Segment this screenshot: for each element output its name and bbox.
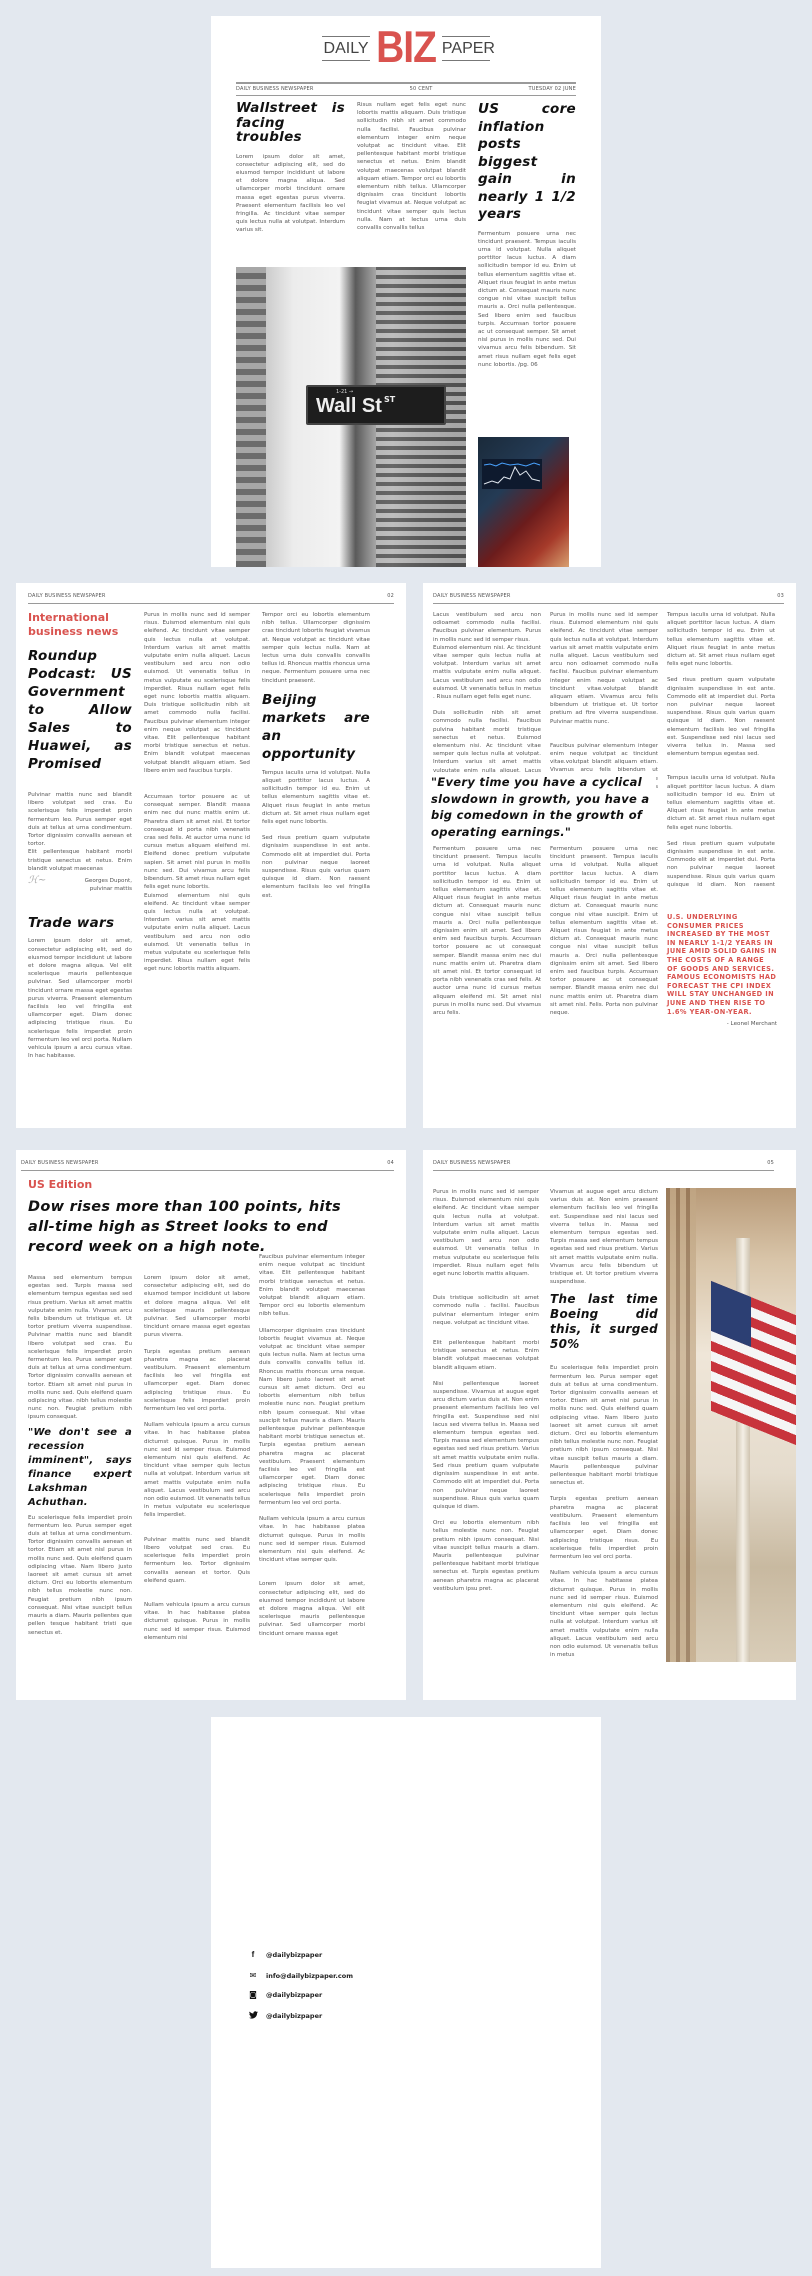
masthead-left: DAILY bbox=[322, 36, 370, 61]
masthead: DAILY BIZ PAPER bbox=[211, 26, 601, 70]
contact-twitter[interactable]: @dailybizpaper bbox=[248, 2011, 322, 2021]
facebook-icon: f bbox=[248, 1950, 258, 1959]
headline-huawei: Roundup Podcast: US Government to Allow … bbox=[28, 647, 132, 773]
wall-street-photo: 1-21 → Wall St ST bbox=[236, 267, 466, 567]
contact-email[interactable]: ✉ info@dailybizpaper.com bbox=[248, 1971, 353, 1980]
article-body: Lorem ipsum dolor sit amet, consectetur … bbox=[236, 153, 345, 235]
pull-quote-author: - Leonel Merchant bbox=[667, 1020, 777, 1029]
page-header: DAILY BUSINESS NEWSPAPER 05 bbox=[433, 1160, 774, 1166]
article-body: Fermentum posuere urna nec tincidunt pra… bbox=[478, 230, 576, 369]
page-header: DAILY BUSINESS NEWSPAPER 02 bbox=[28, 593, 394, 599]
masthead-right: PAPER bbox=[442, 36, 490, 61]
section-kicker: US Edition bbox=[28, 1178, 92, 1192]
stock-exchange-flag-photo bbox=[666, 1188, 796, 1662]
author-role: pulvinar mattis bbox=[90, 886, 132, 892]
stock-chart-icon bbox=[482, 459, 542, 489]
contact-facebook[interactable]: f @dailybizpaper bbox=[248, 1950, 322, 1959]
divider bbox=[21, 1170, 394, 1171]
header-date: TUESDAY 02 JUNE bbox=[529, 86, 576, 92]
boeing-headline: The last time Boeing did this, it surged… bbox=[550, 1292, 658, 1352]
us-flag bbox=[711, 1281, 796, 1445]
contact-instagram[interactable]: ◙ @dailybizpaper bbox=[248, 1990, 322, 1999]
column-2: Risus nullam eget felis eget nunc lobort… bbox=[357, 101, 466, 240]
headline-trade-wars: Trade wars bbox=[28, 915, 132, 931]
columns bbox=[666, 1188, 696, 1662]
pull-quote: U.S. UNDERLYING CONSUMER PRICES INCREASE… bbox=[667, 913, 777, 1029]
signature-scribble: ℋ~ bbox=[28, 877, 46, 893]
column-2: Lorem ipsum dolor sit amet, consectetur … bbox=[144, 1274, 250, 1650]
page-number: 05 bbox=[767, 1160, 774, 1166]
email-icon: ✉ bbox=[248, 1971, 258, 1980]
page-04: DAILY BUSINESS NEWSPAPER 04 US Edition D… bbox=[16, 1150, 406, 1700]
front-header: DAILY BUSINESS NEWSPAPER 50 CENT TUESDAY… bbox=[236, 86, 576, 92]
front-page: DAILY BIZ PAPER DAILY BUSINESS NEWSPAPER… bbox=[211, 16, 601, 567]
divider bbox=[433, 603, 784, 604]
page-number: 02 bbox=[387, 593, 394, 599]
column-3: Tempus iaculis urna id volutpat. Nulla a… bbox=[667, 611, 775, 890]
page-header: DAILY BUSINESS NEWSPAPER 03 bbox=[433, 593, 784, 599]
page-header: DAILY BUSINESS NEWSPAPER 04 bbox=[21, 1160, 394, 1166]
headline-beijing: Beijing markets are an opportunity bbox=[262, 691, 370, 763]
signature-block: ℋ~ Georges Dupont,pulvinar mattis bbox=[28, 877, 132, 893]
lower-column-2: Fermentum posuere urna nec tincidunt pra… bbox=[550, 845, 658, 1025]
feature-quote: "Every time you have a cyclical slowdown… bbox=[431, 772, 656, 842]
masthead-brand: BIZ bbox=[376, 23, 436, 74]
column-1: Purus in mollis nunc sed id semper risus… bbox=[433, 1188, 539, 1601]
divider bbox=[433, 1170, 774, 1171]
article-inflation: US core inflation posts biggest gain in … bbox=[478, 101, 576, 369]
street-sign: 1-21 → Wall St ST bbox=[306, 385, 446, 425]
page-05: DAILY BUSINESS NEWSPAPER 05 Purus in mol… bbox=[423, 1150, 796, 1700]
building-left bbox=[236, 267, 266, 567]
expert-quote: "We don't see a recession imminent", say… bbox=[28, 1426, 132, 1510]
headline-dow: Dow rises more than 100 points, hits all… bbox=[28, 1197, 353, 1257]
divider bbox=[28, 603, 394, 604]
headline-inflation: US core inflation posts biggest gain in … bbox=[478, 101, 576, 224]
article-huawei: International business news Roundup Podc… bbox=[28, 611, 132, 1068]
page-02: DAILY BUSINESS NEWSPAPER 02 Internationa… bbox=[16, 583, 406, 1128]
trader-photo bbox=[478, 437, 569, 567]
header-publication: DAILY BUSINESS NEWSPAPER bbox=[236, 86, 314, 92]
header-price: 50 CENT bbox=[410, 86, 433, 92]
article-wallstreet: Wallstreet is facing troubles Lorem ipsu… bbox=[236, 101, 345, 243]
divider bbox=[236, 95, 576, 96]
divider bbox=[236, 82, 576, 84]
page-number: 03 bbox=[777, 593, 784, 599]
column-2: Purus in mollis nunc sed id semper risus… bbox=[144, 611, 250, 982]
page-number: 04 bbox=[387, 1160, 394, 1166]
author-name: Georges Dupont, bbox=[85, 878, 132, 884]
section-kicker: International business news bbox=[28, 611, 132, 639]
lower-column-1: Fermentum posuere urna nec tincidunt pra… bbox=[433, 845, 541, 1025]
headline-wallstreet: Wallstreet is facing troubles bbox=[236, 101, 345, 145]
column-3: Faucibus pulvinar elementum integer enim… bbox=[259, 1253, 365, 1646]
column-1: Massa sed elementum tempus egestas sed. … bbox=[28, 1274, 132, 1645]
twitter-icon bbox=[248, 2011, 258, 2021]
article-body: Risus nullam eget felis eget nunc lobort… bbox=[357, 101, 466, 232]
article-beijing: Tempor orci eu lobortis elementum nibh t… bbox=[262, 611, 370, 908]
page-reference: /pg. 06 bbox=[518, 362, 538, 368]
column-2: Vivamus at augue eget arcu dictum varius… bbox=[550, 1188, 658, 1667]
page-03: DAILY BUSINESS NEWSPAPER 03 Lacus vestib… bbox=[423, 583, 796, 1128]
instagram-icon: ◙ bbox=[248, 1990, 258, 1999]
